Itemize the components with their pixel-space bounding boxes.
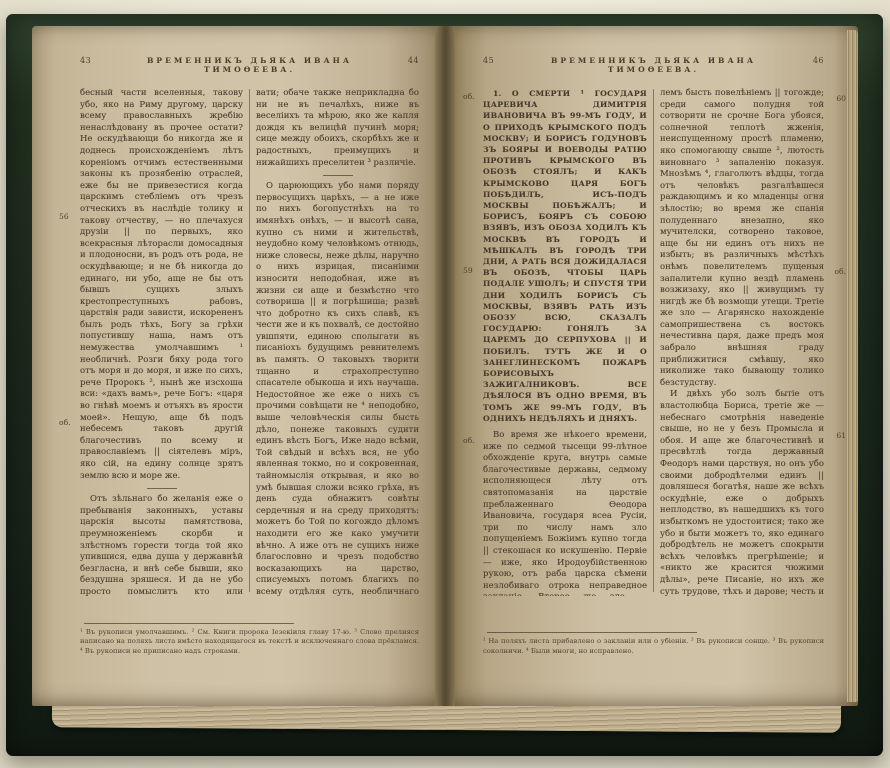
margin-note: об. bbox=[463, 436, 475, 445]
right-page-columns: 1. О СМЕРТИ ¹ ГОСУДАРЯ ЦАРЕВИЧА ДИМИТРІЯ… bbox=[483, 88, 824, 596]
running-title: ВРЕМЕННИКЪ ДЬЯКА ИВАНА ТИМОѲЕЕВА. bbox=[513, 56, 794, 74]
body-paragraph: лемъ бысть повелѣніемъ || тогожде; среди… bbox=[660, 88, 824, 389]
gutter-shadow bbox=[435, 26, 455, 706]
footnote-block: ¹ Въ рукописи умолчавшимъ. ² См. Книги п… bbox=[80, 623, 419, 656]
margin-note: 59 bbox=[463, 266, 473, 275]
margin-note: об. bbox=[59, 418, 71, 427]
body-paragraph: Отъ зѣльнаго бо желанія еже о пребыванія… bbox=[80, 494, 243, 596]
left-page: 43 ВРЕМЕННИКЪ ДЬЯКА ИВАНА ТИМОѲЕЕВА. 44 … bbox=[32, 26, 435, 706]
running-title: ВРЕМЕННИКЪ ДЬЯКА ИВАНА ТИМОѲЕЕВА. bbox=[110, 56, 389, 74]
margin-note: 60 bbox=[836, 94, 846, 103]
body-paragraph: бесный части вселенныя, такову убо, яко … bbox=[80, 88, 243, 482]
footnote-rule bbox=[84, 623, 294, 624]
book-cover: 43 ВРЕМЕННИКЪ ДЬЯКА ИВАНА ТИМОѲЕЕВА. 44 … bbox=[6, 14, 883, 756]
section-heading: 1. О СМЕРТИ ¹ ГОСУДАРЯ ЦАРЕВИЧА ДИМИТРІЯ… bbox=[483, 88, 647, 424]
left-page-columns: бесный части вселенныя, такову убо, яко … bbox=[80, 88, 419, 596]
footnote-block: ¹ На поляхъ листа прибавлено о закланіи … bbox=[483, 632, 824, 656]
footnotes: ¹ На поляхъ листа прибавлено о закланіи … bbox=[483, 637, 824, 656]
footnote-rule bbox=[487, 632, 697, 633]
page-number: 46 bbox=[794, 56, 824, 65]
body-paragraph: Во время же нѣкоего времени, иже по седм… bbox=[483, 430, 647, 596]
left-page-header: 43 ВРЕМЕННИКЪ ДЬЯКА ИВАНА ТИМОѲЕЕВА. 44 bbox=[80, 56, 419, 74]
fore-edge bbox=[847, 30, 858, 702]
text-column-43: бесный части вселенныя, такову убо, яко … bbox=[80, 88, 243, 596]
column-rule bbox=[653, 89, 654, 592]
open-spread: 43 ВРЕМЕННИКЪ ДЬЯКА ИВАНА ТИМОѲЕЕВА. 44 … bbox=[32, 26, 858, 706]
body-paragraph: вати; обаче также неприкладна бо ни не в… bbox=[256, 88, 419, 169]
margin-note: об. bbox=[834, 267, 846, 276]
column-rule bbox=[249, 89, 250, 592]
right-page: 45 ВРЕМЕННИКЪ ДЬЯКА ИВАНА ТИМОѲЕЕВА. 46 … bbox=[455, 26, 858, 706]
text-column-46: лемъ бысть повелѣніемъ || тогожде; среди… bbox=[660, 88, 824, 596]
page-number: 43 bbox=[80, 56, 110, 65]
section-divider bbox=[147, 488, 177, 489]
body-paragraph: И двѣхъ убо золъ бытіе отъ властолюбца Б… bbox=[660, 389, 824, 596]
margin-note: 56 bbox=[59, 212, 69, 221]
book-photo: 43 ВРЕМЕННИКЪ ДЬЯКА ИВАНА ТИМОѲЕЕВА. 44 … bbox=[0, 0, 890, 768]
section-divider bbox=[323, 175, 353, 176]
text-column-44: вати; обаче также неприкладна бо ни не в… bbox=[256, 88, 419, 596]
right-page-header: 45 ВРЕМЕННИКЪ ДЬЯКА ИВАНА ТИМОѲЕЕВА. 46 bbox=[483, 56, 824, 74]
body-paragraph: О царюющихъ убо нами поряду первосущихъ … bbox=[256, 181, 419, 596]
page-number: 44 bbox=[389, 56, 419, 65]
text-column-45: 1. О СМЕРТИ ¹ ГОСУДАРЯ ЦАРЕВИЧА ДИМИТРІЯ… bbox=[483, 88, 647, 596]
page-number: 45 bbox=[483, 56, 513, 65]
margin-note: об. bbox=[463, 92, 475, 101]
margin-note: 61 bbox=[836, 431, 846, 440]
footnotes: ¹ Въ рукописи умолчавшимъ. ² См. Книги п… bbox=[80, 628, 419, 656]
